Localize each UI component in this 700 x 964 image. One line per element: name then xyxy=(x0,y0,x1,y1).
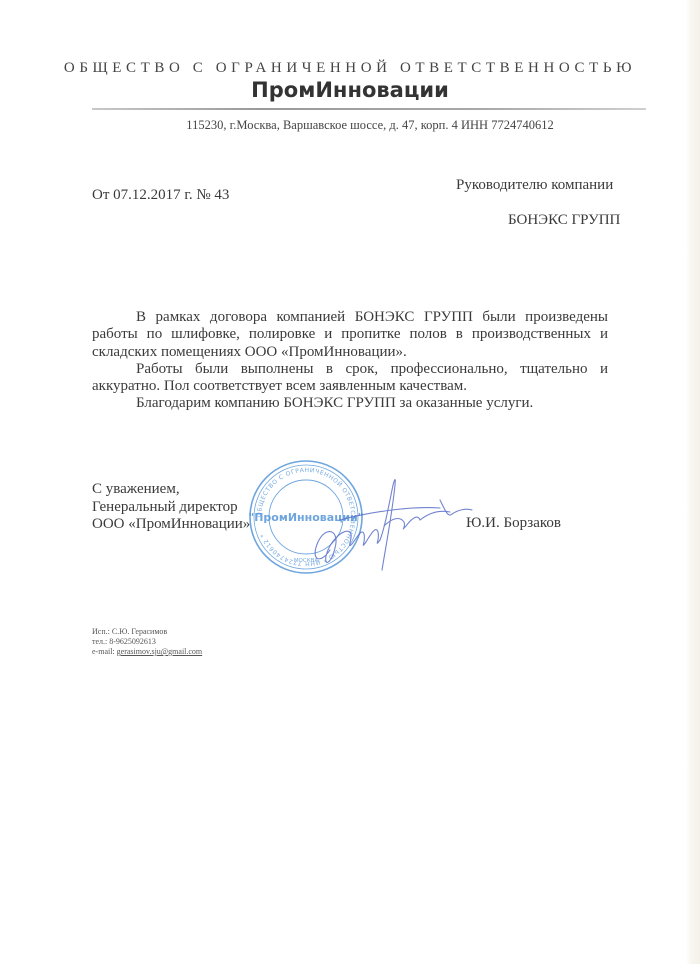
org-name: ПромИнновации xyxy=(0,78,700,102)
letter-body: В рамках договора компанией БОНЭКС ГРУПП… xyxy=(92,309,608,413)
signer-position: Генеральный директор xyxy=(92,499,250,517)
closing-block: С уважением, Генеральный директор ООО «П… xyxy=(92,481,250,534)
letterhead-divider xyxy=(92,108,646,110)
org-legal-form: ОБЩЕСТВО С ОГРАНИЧЕННОЙ ОТВЕТСТВЕННОСТЬЮ xyxy=(0,60,700,77)
signer-name: Ю.И. Борзаков xyxy=(466,515,561,532)
letter-reference: От 07.12.2017 г. № 43 xyxy=(92,187,229,204)
executor-name: Исп.: С.Ю. Герасимов xyxy=(92,627,202,637)
executor-phone: тел.: 8-9625092613 xyxy=(92,637,202,647)
body-paragraph: Благодарим компанию БОНЭКС ГРУПП за оказ… xyxy=(92,395,608,412)
email-label: e-mail: xyxy=(92,647,117,656)
org-address: 115230, г.Москва, Варшавское шоссе, д. 4… xyxy=(0,118,700,133)
body-paragraph: В рамках договора компанией БОНЭКС ГРУПП… xyxy=(92,309,608,361)
recipient-title: Руководителю компании xyxy=(456,177,613,194)
scan-edge xyxy=(686,0,700,964)
signer-company: ООО «ПромИнновации» xyxy=(92,516,250,534)
recipient-name: БОНЭКС ГРУПП xyxy=(508,212,620,229)
salutation: С уважением, xyxy=(92,481,250,499)
email-link[interactable]: gerasimov.sju@gmail.com xyxy=(117,647,203,656)
body-paragraph: Работы были выполнены в срок, профессион… xyxy=(92,361,608,396)
executor-footer: Исп.: С.Ю. Герасимов тел.: 8-9625092613 … xyxy=(92,627,202,657)
signature-icon xyxy=(300,470,480,585)
executor-email-line: e-mail: gerasimov.sju@gmail.com xyxy=(92,647,202,657)
